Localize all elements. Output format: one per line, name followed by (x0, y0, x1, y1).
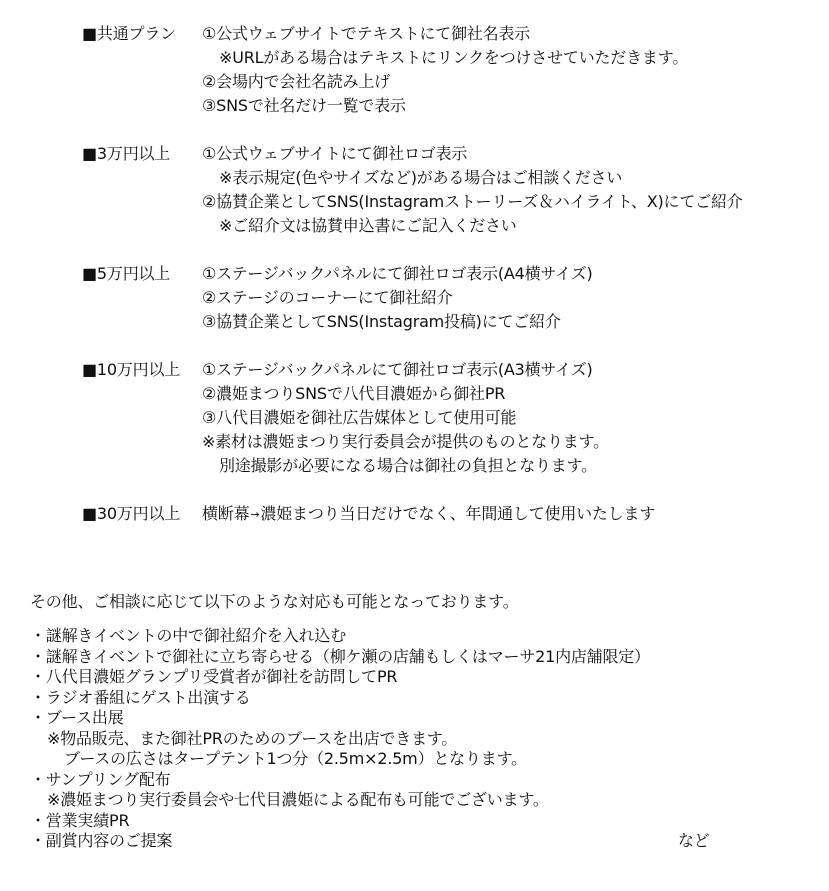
plan-50k-yen: ■5万円以上 ①ステージバックパネルにて御社ロゴ表示(A4横サイズ) ②ステージ… (82, 262, 827, 334)
plan-benefit: ③協賛企業としてSNS(Instagram投稿)にてご紹介 (202, 310, 827, 334)
plan-label: ■共通プラン (82, 22, 202, 118)
plan-benefits: ①ステージバックパネルにて御社ロゴ表示(A3横サイズ) ②濃姫まつりSNSで八代… (202, 358, 827, 478)
plan-benefits: ①ステージバックパネルにて御社ロゴ表示(A4横サイズ) ②ステージのコーナーにて… (202, 262, 827, 334)
list-item-text: ・ラジオ番組にゲスト出演する (30, 688, 251, 707)
plan-note: 別途撮影が必要になる場合は御社の負担となります。 (202, 454, 827, 478)
plan-label: ■30万円以上 (82, 502, 202, 527)
list-item-text: ・謎解きイベントの中で御社紹介を入れ込む (30, 626, 346, 645)
plan-benefits: 横断幕→濃姫まつり当日だけでなく、年間通して使用いたします (202, 502, 827, 527)
other-options-list: ・謎解きイベントの中で御社紹介を入れ込む ・謎解きイベントで御社に立ち寄らせる（… (30, 626, 820, 852)
plan-benefit: ②会場内で会社名読み上げ (202, 70, 827, 94)
plan-benefit: ③SNSで社名だけ一覧で表示 (202, 94, 827, 118)
list-item-note: ※物品販売、また御社PRのためのブースを出店できます。 (30, 729, 820, 750)
list-item-note: ブースの広さはタープテント1つ分（2.5m×2.5m）となります。 (30, 749, 820, 770)
plan-benefit: ①公式ウェブサイトにて御社ロゴ表示 (202, 142, 827, 166)
plan-benefit: ②ステージのコーナーにて御社紹介 (202, 286, 827, 310)
banner-description: 濃姫まつり当日だけでなく、年間通して使用いたします (260, 504, 655, 523)
list-item-text: ・ブース出展 (30, 708, 124, 727)
plan-note: ※表示規定(色やサイズなど)がある場合はご相談ください (202, 166, 827, 190)
plan-benefit: ①ステージバックパネルにて御社ロゴ表示(A3横サイズ) (202, 358, 827, 382)
list-item: ・ブース出展 ※物品販売、また御社PRのためのブースを出店できます。 ブースの広… (30, 708, 820, 770)
plan-benefit: 横断幕→濃姫まつり当日だけでなく、年間通して使用いたします (202, 502, 827, 527)
plan-label: ■3万円以上 (82, 142, 202, 238)
banner-text: 横断幕 (202, 504, 249, 523)
etc-suffix: など (678, 831, 710, 852)
list-item: ・八代目濃姫グランプリ受賞者が御社を訪問してPR (30, 667, 820, 688)
plan-benefit: ②協賛企業としてSNS(Instagramストーリーズ＆ハイライト、X)にてご紹… (202, 190, 827, 214)
list-item-text: ・謎解きイベントで御社に立ち寄らせる（柳ケ瀬の店舗もしくはマーサ21内店舗限定） (30, 647, 650, 666)
plan-common: ■共通プラン ①公式ウェブサイトでテキストにて御社名表示 ※URLがある場合はテ… (82, 22, 827, 118)
plan-note: ※URLがある場合はテキストにリンクをつけさせていただきます。 (202, 46, 827, 70)
list-item: ・営業実績PR (30, 811, 820, 832)
plan-note: ※ご紹介文は協賛申込書にご記入ください (202, 214, 827, 238)
list-item: ・謎解きイベントで御社に立ち寄らせる（柳ケ瀬の店舗もしくはマーサ21内店舗限定） (30, 647, 820, 668)
list-item-note: ※濃姫まつり実行委員会や七代目濃姫による配布も可能でございます。 (30, 790, 820, 811)
plan-benefits: ①公式ウェブサイトでテキストにて御社名表示 ※URLがある場合はテキストにリンク… (202, 22, 827, 118)
plan-100k-yen: ■10万円以上 ①ステージバックパネルにて御社ロゴ表示(A3横サイズ) ②濃姫ま… (82, 358, 827, 478)
plan-300k-yen: ■30万円以上 横断幕→濃姫まつり当日だけでなく、年間通して使用いたします (82, 502, 827, 527)
other-options: その他、ご相談に応じて以下のような対応も可能となっております。 ・謎解きイベント… (30, 590, 820, 852)
list-item-text: ・営業実績PR (30, 811, 129, 830)
plan-benefit: ①公式ウェブサイトでテキストにて御社名表示 (202, 22, 827, 46)
plan-label: ■5万円以上 (82, 262, 202, 334)
list-item-text: ・八代目濃姫グランプリ受賞者が御社を訪問してPR (30, 667, 397, 686)
plan-30k-yen: ■3万円以上 ①公式ウェブサイトにて御社ロゴ表示 ※表示規定(色やサイズなど)が… (82, 142, 827, 238)
plan-label: ■10万円以上 (82, 358, 202, 478)
plan-benefit: ②濃姫まつりSNSで八代目濃姫から御社PR (202, 382, 827, 406)
list-item: ・謎解きイベントの中で御社紹介を入れ込む (30, 626, 820, 647)
plan-note: ※素材は濃姫まつり実行委員会が提供のものとなります。 (202, 430, 827, 454)
arrow-right-icon: → (250, 508, 259, 521)
list-item: ・副賞内容のご提案 など (30, 831, 820, 852)
list-item: ・サンプリング配布 ※濃姫まつり実行委員会や七代目濃姫による配布も可能でございま… (30, 770, 820, 811)
list-item-text: ・サンプリング配布 (30, 770, 170, 789)
plan-benefit: ③八代目濃姫を御社広告媒体として使用可能 (202, 406, 827, 430)
list-item: ・ラジオ番組にゲスト出演する (30, 688, 820, 709)
plan-benefits: ①公式ウェブサイトにて御社ロゴ表示 ※表示規定(色やサイズなど)がある場合はご相… (202, 142, 827, 238)
list-item-text: ・副賞内容のご提案 (30, 831, 172, 850)
other-intro: その他、ご相談に応じて以下のような対応も可能となっております。 (30, 590, 820, 614)
plan-benefit: ①ステージバックパネルにて御社ロゴ表示(A4横サイズ) (202, 262, 827, 286)
sponsorship-plans: ■共通プラン ①公式ウェブサイトでテキストにて御社名表示 ※URLがある場合はテ… (82, 22, 827, 551)
